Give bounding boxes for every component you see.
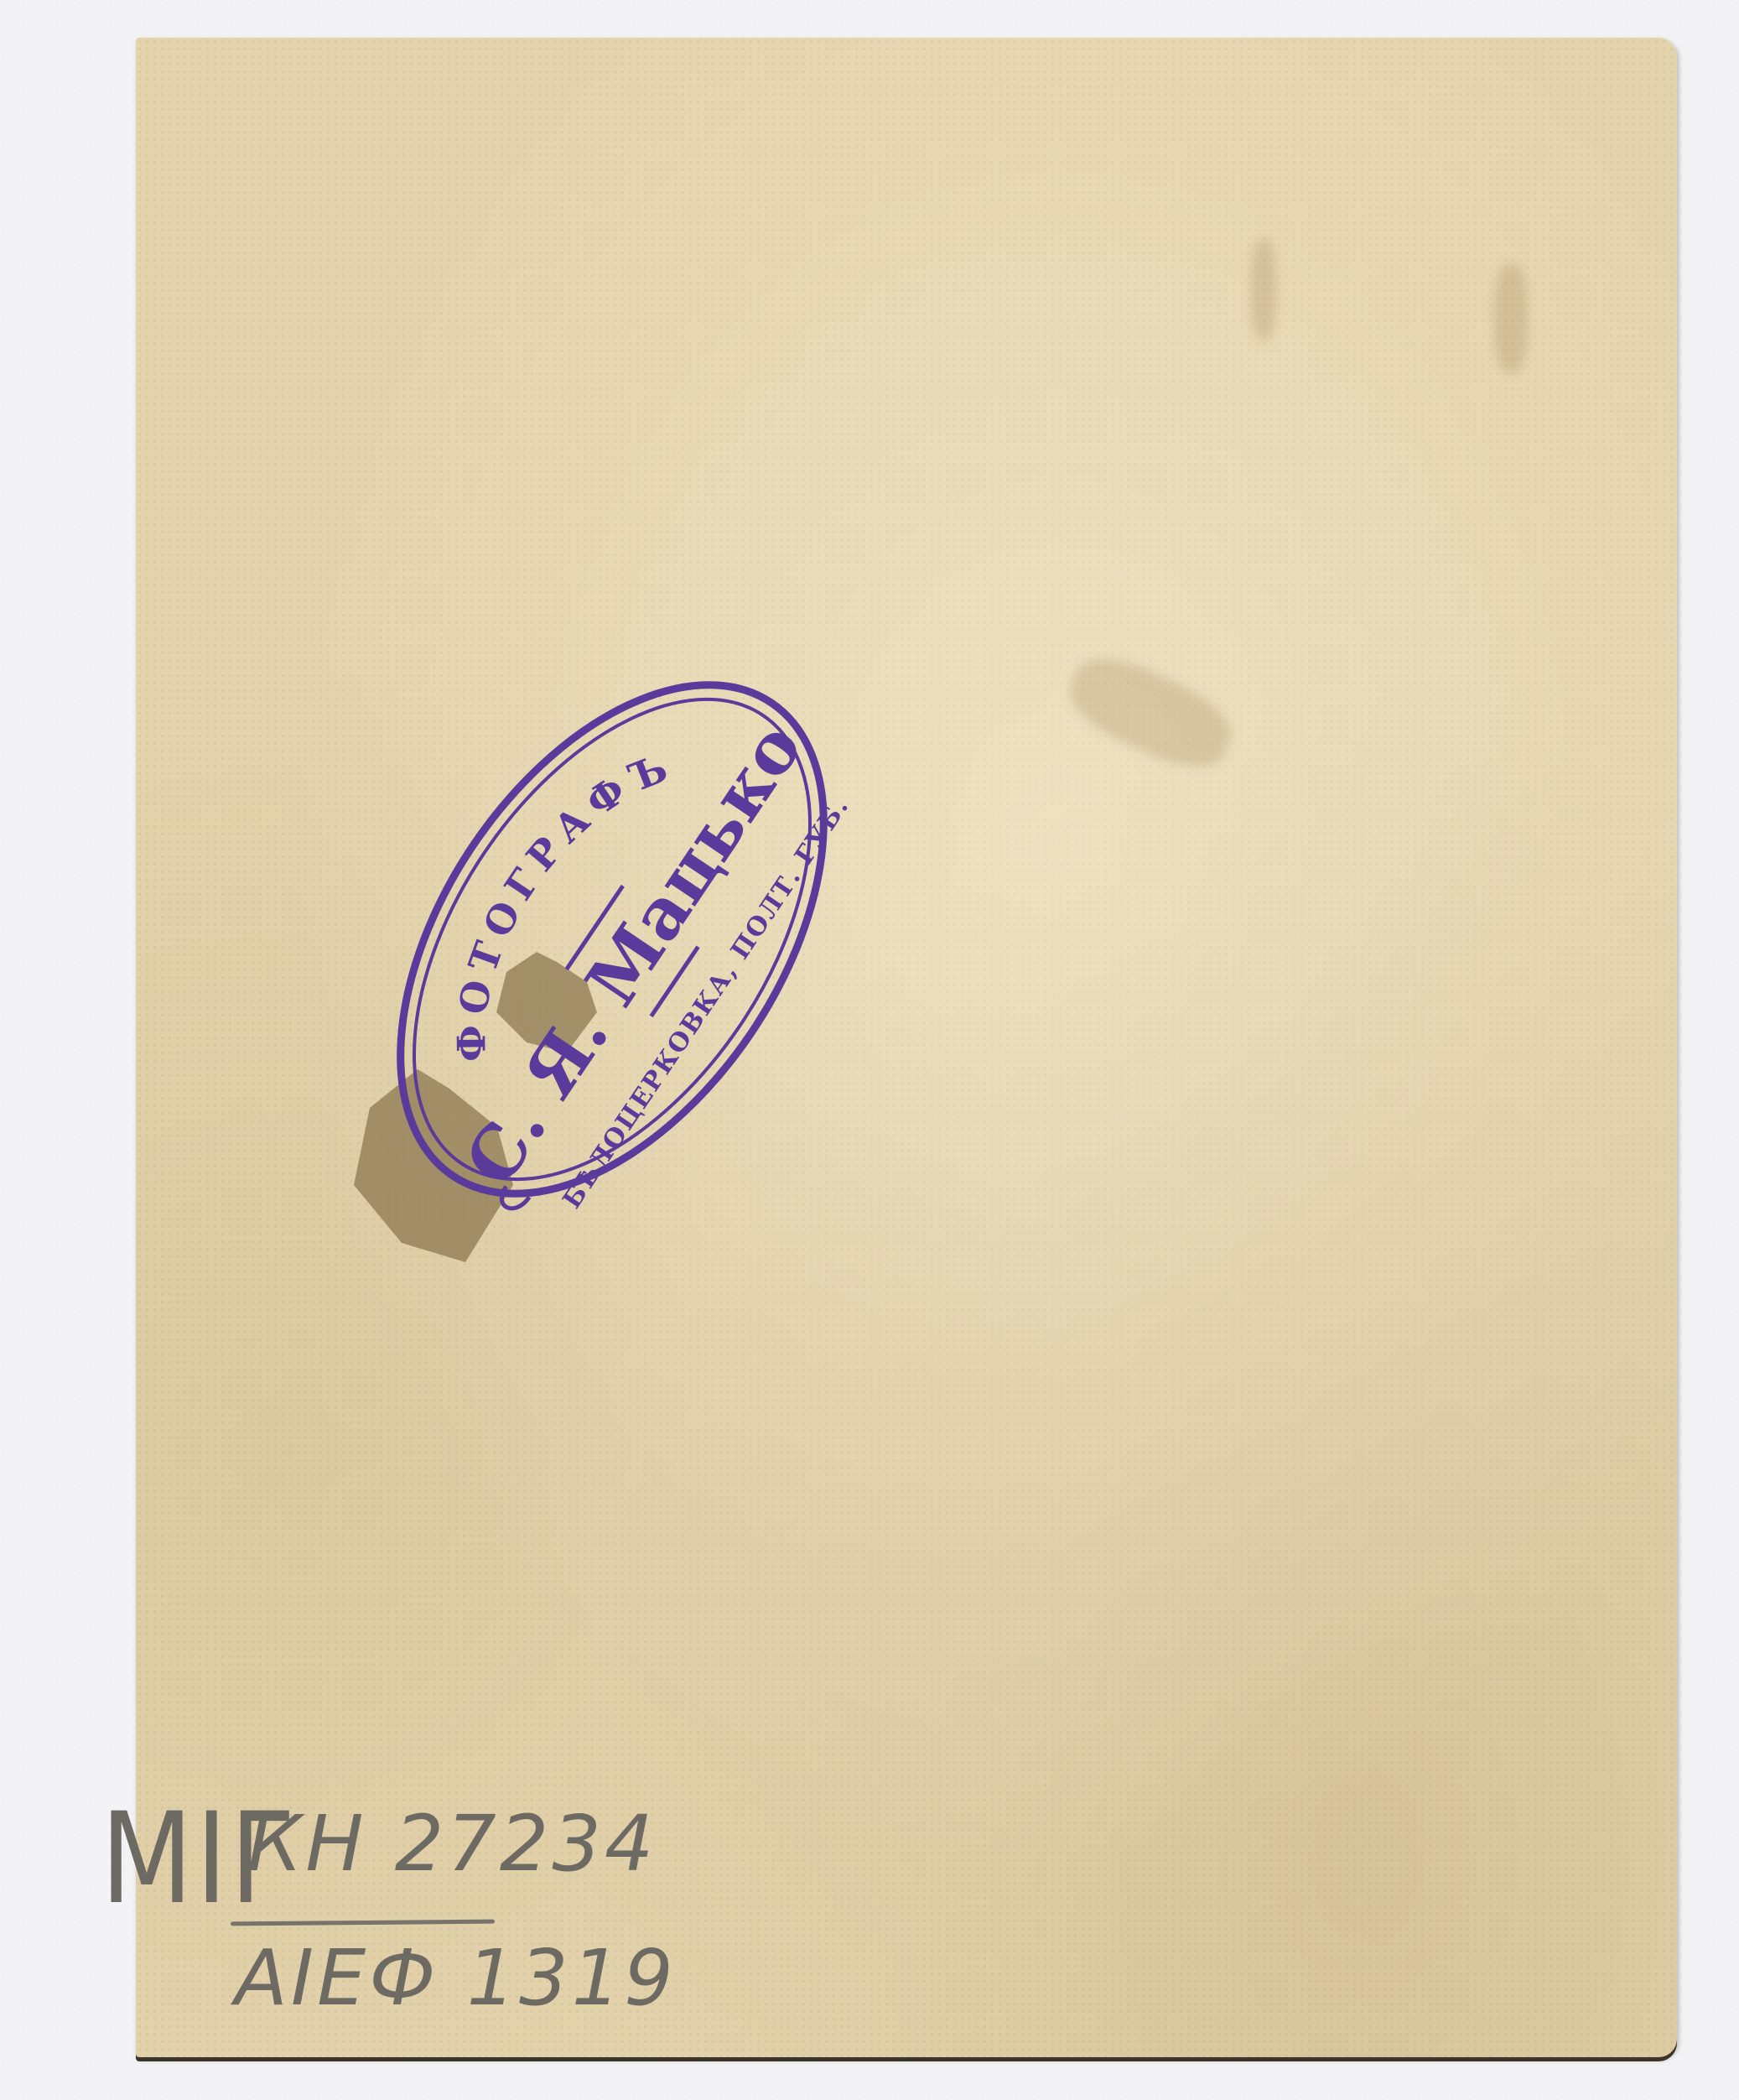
stain-mark xyxy=(1494,264,1528,373)
stain-mark xyxy=(1251,239,1276,340)
inscription-numerator: КН 27234 xyxy=(247,1799,657,1889)
inscription-denominator: АІЕФ 1319 xyxy=(235,1933,677,2023)
